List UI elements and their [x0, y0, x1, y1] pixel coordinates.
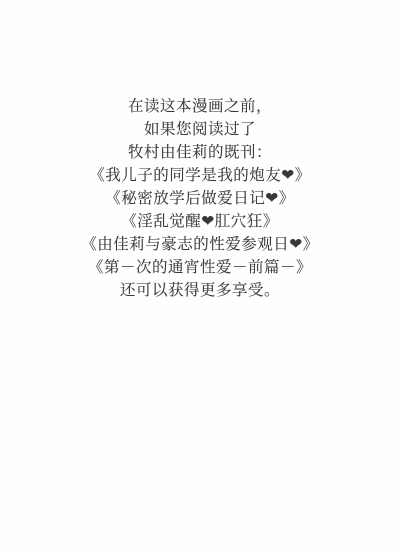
scanned-page: 在读这本漫画之前， 如果您阅读过了 牧村由佳莉的既刊： 《我儿子的同学是我的炮友…	[0, 0, 400, 556]
book-title-3: 《淫乱觉醒❤肛穴狂》	[0, 210, 400, 233]
book-title-1: 《我儿子的同学是我的炮友❤》	[0, 164, 400, 187]
notice-line-intro-3: 牧村由佳莉的既刊：	[0, 141, 400, 164]
book-title-5: 《第－次的通宵性爱－前篇－》	[0, 256, 400, 279]
book-title-2: 《秘密放学后做爱日记❤》	[0, 187, 400, 210]
notice-text-block: 在读这本漫画之前， 如果您阅读过了 牧村由佳莉的既刊： 《我儿子的同学是我的炮友…	[0, 95, 400, 302]
notice-line-intro-1: 在读这本漫画之前，	[0, 95, 400, 118]
notice-line-outro: 还可以获得更多享受。	[0, 279, 400, 302]
book-title-4: 《由佳莉与豪志的性爱参观日❤》	[0, 233, 400, 256]
notice-line-intro-2: 如果您阅读过了	[0, 118, 400, 141]
